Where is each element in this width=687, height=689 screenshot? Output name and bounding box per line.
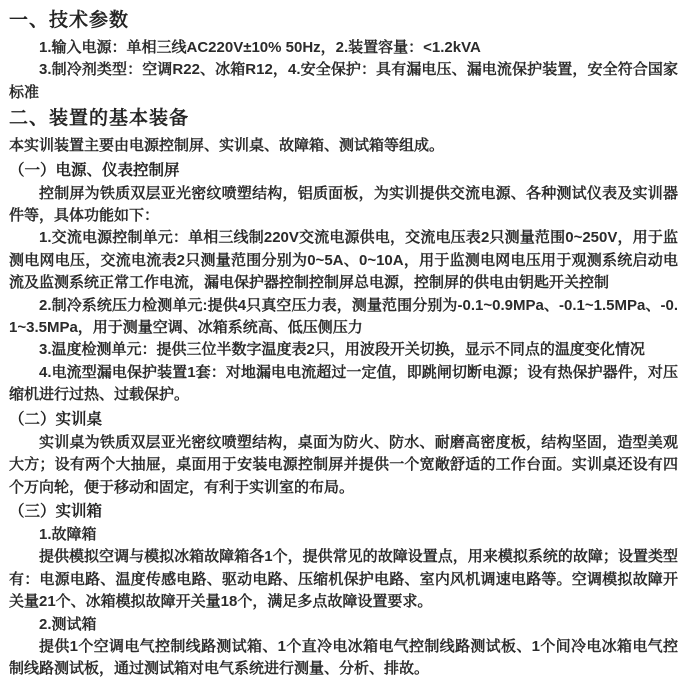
paragraph-equipment-intro: 本实训装置主要由电源控制屏、实训桌、故障箱、测试箱等组成。 <box>9 135 678 157</box>
paragraph-temperature-detection-unit: 3.温度检测单元：提供三位半数字温度表2只，用波段开关切换，显示不同点的温度变化… <box>9 339 678 361</box>
paragraph-training-desk-description: 实训桌为铁质双层亚光密纹喷塑结构，桌面为防火、防水、耐磨高密度板，结构坚固，造型… <box>9 432 678 499</box>
subsection-heading-training-desk: （二）实训桌 <box>9 408 678 431</box>
subsection-heading-training-boxes: （三）实训箱 <box>9 500 678 523</box>
paragraph-leakage-protection-device: 4.电流型漏电保护装置1套：对地漏电电流超过一定值，即跳闸切断电源；设有热保护器… <box>9 362 678 407</box>
subsection-heading-power-instrument-panel: （一）电源、仪表控制屏 <box>9 159 678 182</box>
paragraph-fault-box-description: 提供模拟空调与模拟冰箱故障箱各1个，提供常见的故障设置点，用来模拟系统的故障；设… <box>9 546 678 613</box>
paragraph-test-box-description: 提供1个空调电气控制线路测试箱、1个直冷电冰箱电气控制线路测试板、1个间冷电冰箱… <box>9 636 678 681</box>
item-title-fault-box: 1.故障箱 <box>9 524 678 546</box>
paragraph-ac-power-control-unit: 1.交流电源控制单元：单相三线制220V交流电源供电，交流电压表2只测量范围0~… <box>9 227 678 294</box>
paragraph-refrigerant-safety: 3.制冷剂类型：空调R22、冰箱R12，4.安全保护：具有漏电压、漏电流保护装置… <box>9 59 678 104</box>
section-heading-technical-parameters: 一、技术参数 <box>9 8 678 33</box>
paragraph-input-power: 1.输入电源：单相三线AC220V±10% 50Hz，2.装置容量：<1.2kV… <box>9 37 678 59</box>
section-heading-basic-equipment: 二、装置的基本装备 <box>9 106 678 131</box>
paragraph-control-panel-overview: 控制屏为铁质双层亚光密纹喷塑结构，铝质面板，为实训提供交流电源、各种测试仪表及实… <box>9 183 678 228</box>
document-page: 一、技术参数 1.输入电源：单相三线AC220V±10% 50Hz，2.装置容量… <box>0 0 687 689</box>
paragraph-pressure-detection-unit: 2.制冷系统压力检测单元:提供4只真空压力表，测量范围分别为-0.1~0.9MP… <box>9 295 678 340</box>
item-title-test-box: 2.测试箱 <box>9 614 678 636</box>
